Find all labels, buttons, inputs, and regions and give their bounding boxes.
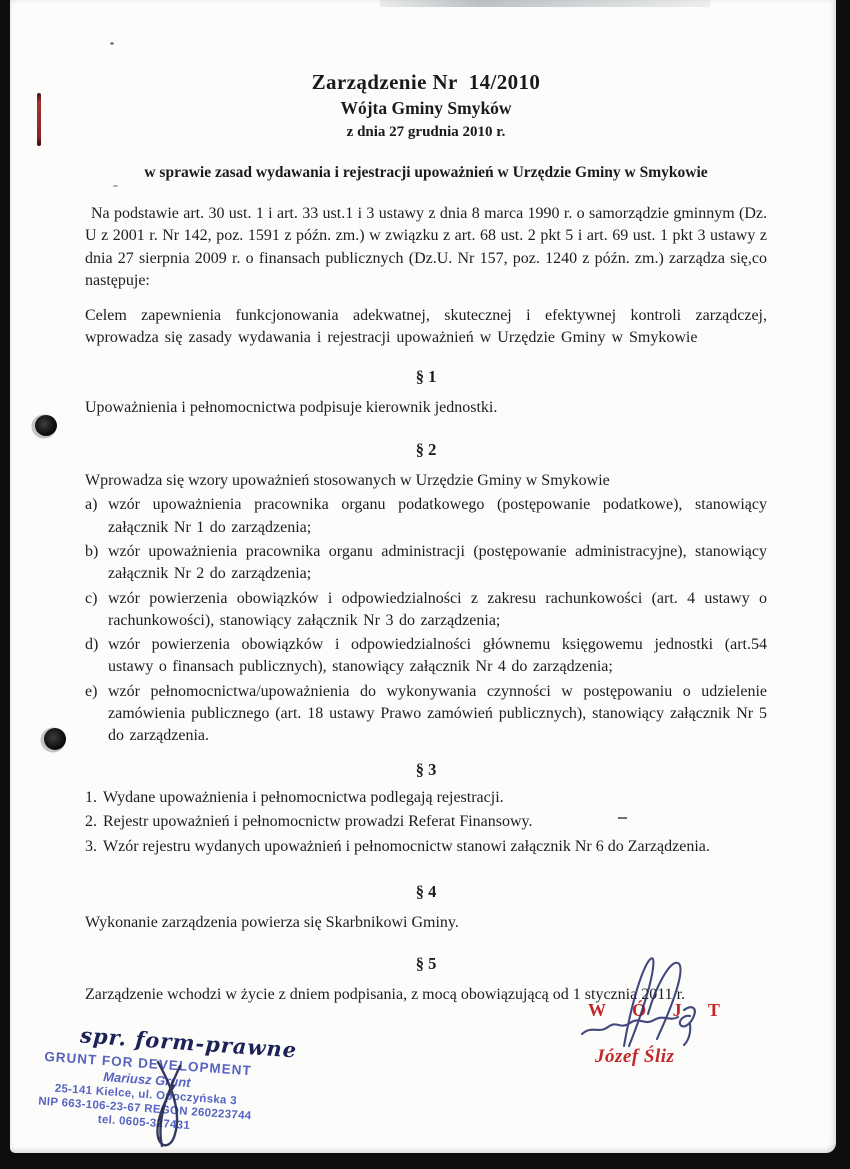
section-1-body: Upoważnienia i pełnomocnictwa podpisuje … [85,397,767,419]
list-item-text: Wydane upoważnienia i pełnomocnictwa pod… [103,789,504,806]
numbered-item-1: 1.Wydane upoważnienia i pełnomocnictwa p… [85,786,767,811]
list-item-c: c) wzór powierzenia obowiązków i odpowie… [85,588,767,633]
list-item-text: wzór upoważnienia pracownika organu admi… [108,543,767,582]
section-1-header: § 1 [85,367,767,387]
list-marker: b) [85,541,98,563]
stray-pen-dash [618,817,627,819]
scan-smudge [380,0,710,7]
section-3-header: § 3 [85,760,767,780]
purpose-paragraph: Celem zapewnienia funkcjonowania adekwat… [85,305,767,350]
list-marker: 3. [85,838,97,855]
list-marker: a) [85,494,97,516]
mayor-signature-ink [572,952,722,1062]
dust-speck [113,185,118,187]
hole-punch-mark [44,728,66,750]
list-item-text: wzór powierzenia obowiązków i odpowiedzi… [108,636,767,675]
list-item-text: wzór pełnomocnictwa/upoważnienia do wyko… [108,683,767,745]
document-title-block: Zarządzenie Nr 14/2010 Wójta Gminy Smykó… [85,70,767,141]
list-marker: 1. [85,789,97,806]
list-marker: 2. [85,813,97,830]
list-marker: c) [85,588,97,610]
document-subject: w sprawie zasad wydawania i rejestracji … [85,164,767,182]
list-item-text: Wzór rejestru wydanych upoważnień i pełn… [103,838,710,855]
document-date: z dnia 27 grudnia 2010 r. [85,124,767,141]
numbered-item-3: 3.Wzór rejestru wydanych upoważnień i pe… [85,835,767,860]
stamp-signature-ink [128,1058,203,1153]
document-body: Zarządzenie Nr 14/2010 Wójta Gminy Smykó… [85,0,767,1007]
list-item-text: wzór powierzenia obowiązków i odpowiedzi… [108,590,767,629]
scanned-document-page: { "document": { "title_line1": "Zarządze… [0,0,850,1169]
dust-speck [110,42,114,45]
list-item-text: Rejestr upoważnień i pełnomocnictw prowa… [103,813,533,830]
list-item-text: wzór upoważnienia pracownika organu poda… [108,496,767,535]
red-pen-mark [37,93,41,146]
section-2-header: § 2 [85,440,767,460]
hole-punch-mark [35,415,57,436]
document-title: Zarządzenie Nr 14/2010 [85,70,767,95]
list-marker: d) [85,634,98,656]
list-item-a: a) wzór upoważnienia pracownika organu p… [85,494,767,539]
section-4-body: Wykonanie zarządzenia powierza się Skarb… [85,912,767,934]
document-authority: Wójta Gminy Smyków [85,98,767,119]
list-marker: e) [85,681,97,703]
dust-speck [490,102,494,104]
numbered-item-2: 2.Rejestr upoważnień i pełnomocnictw pro… [85,810,767,835]
legal-basis-paragraph: Na podstawie art. 30 ust. 1 i art. 33 us… [85,203,767,292]
section-4-header: § 4 [85,882,767,902]
list-item-d: d) wzór powierzenia obowiązków i odpowie… [85,634,767,679]
list-item-b: b) wzór upoważnienia pracownika organu a… [85,541,767,586]
list-item-e: e) wzór pełnomocnictwa/upoważnienia do w… [85,681,767,748]
section-2-intro: Wprowadza się wzory upoważnień stosowany… [85,470,767,492]
